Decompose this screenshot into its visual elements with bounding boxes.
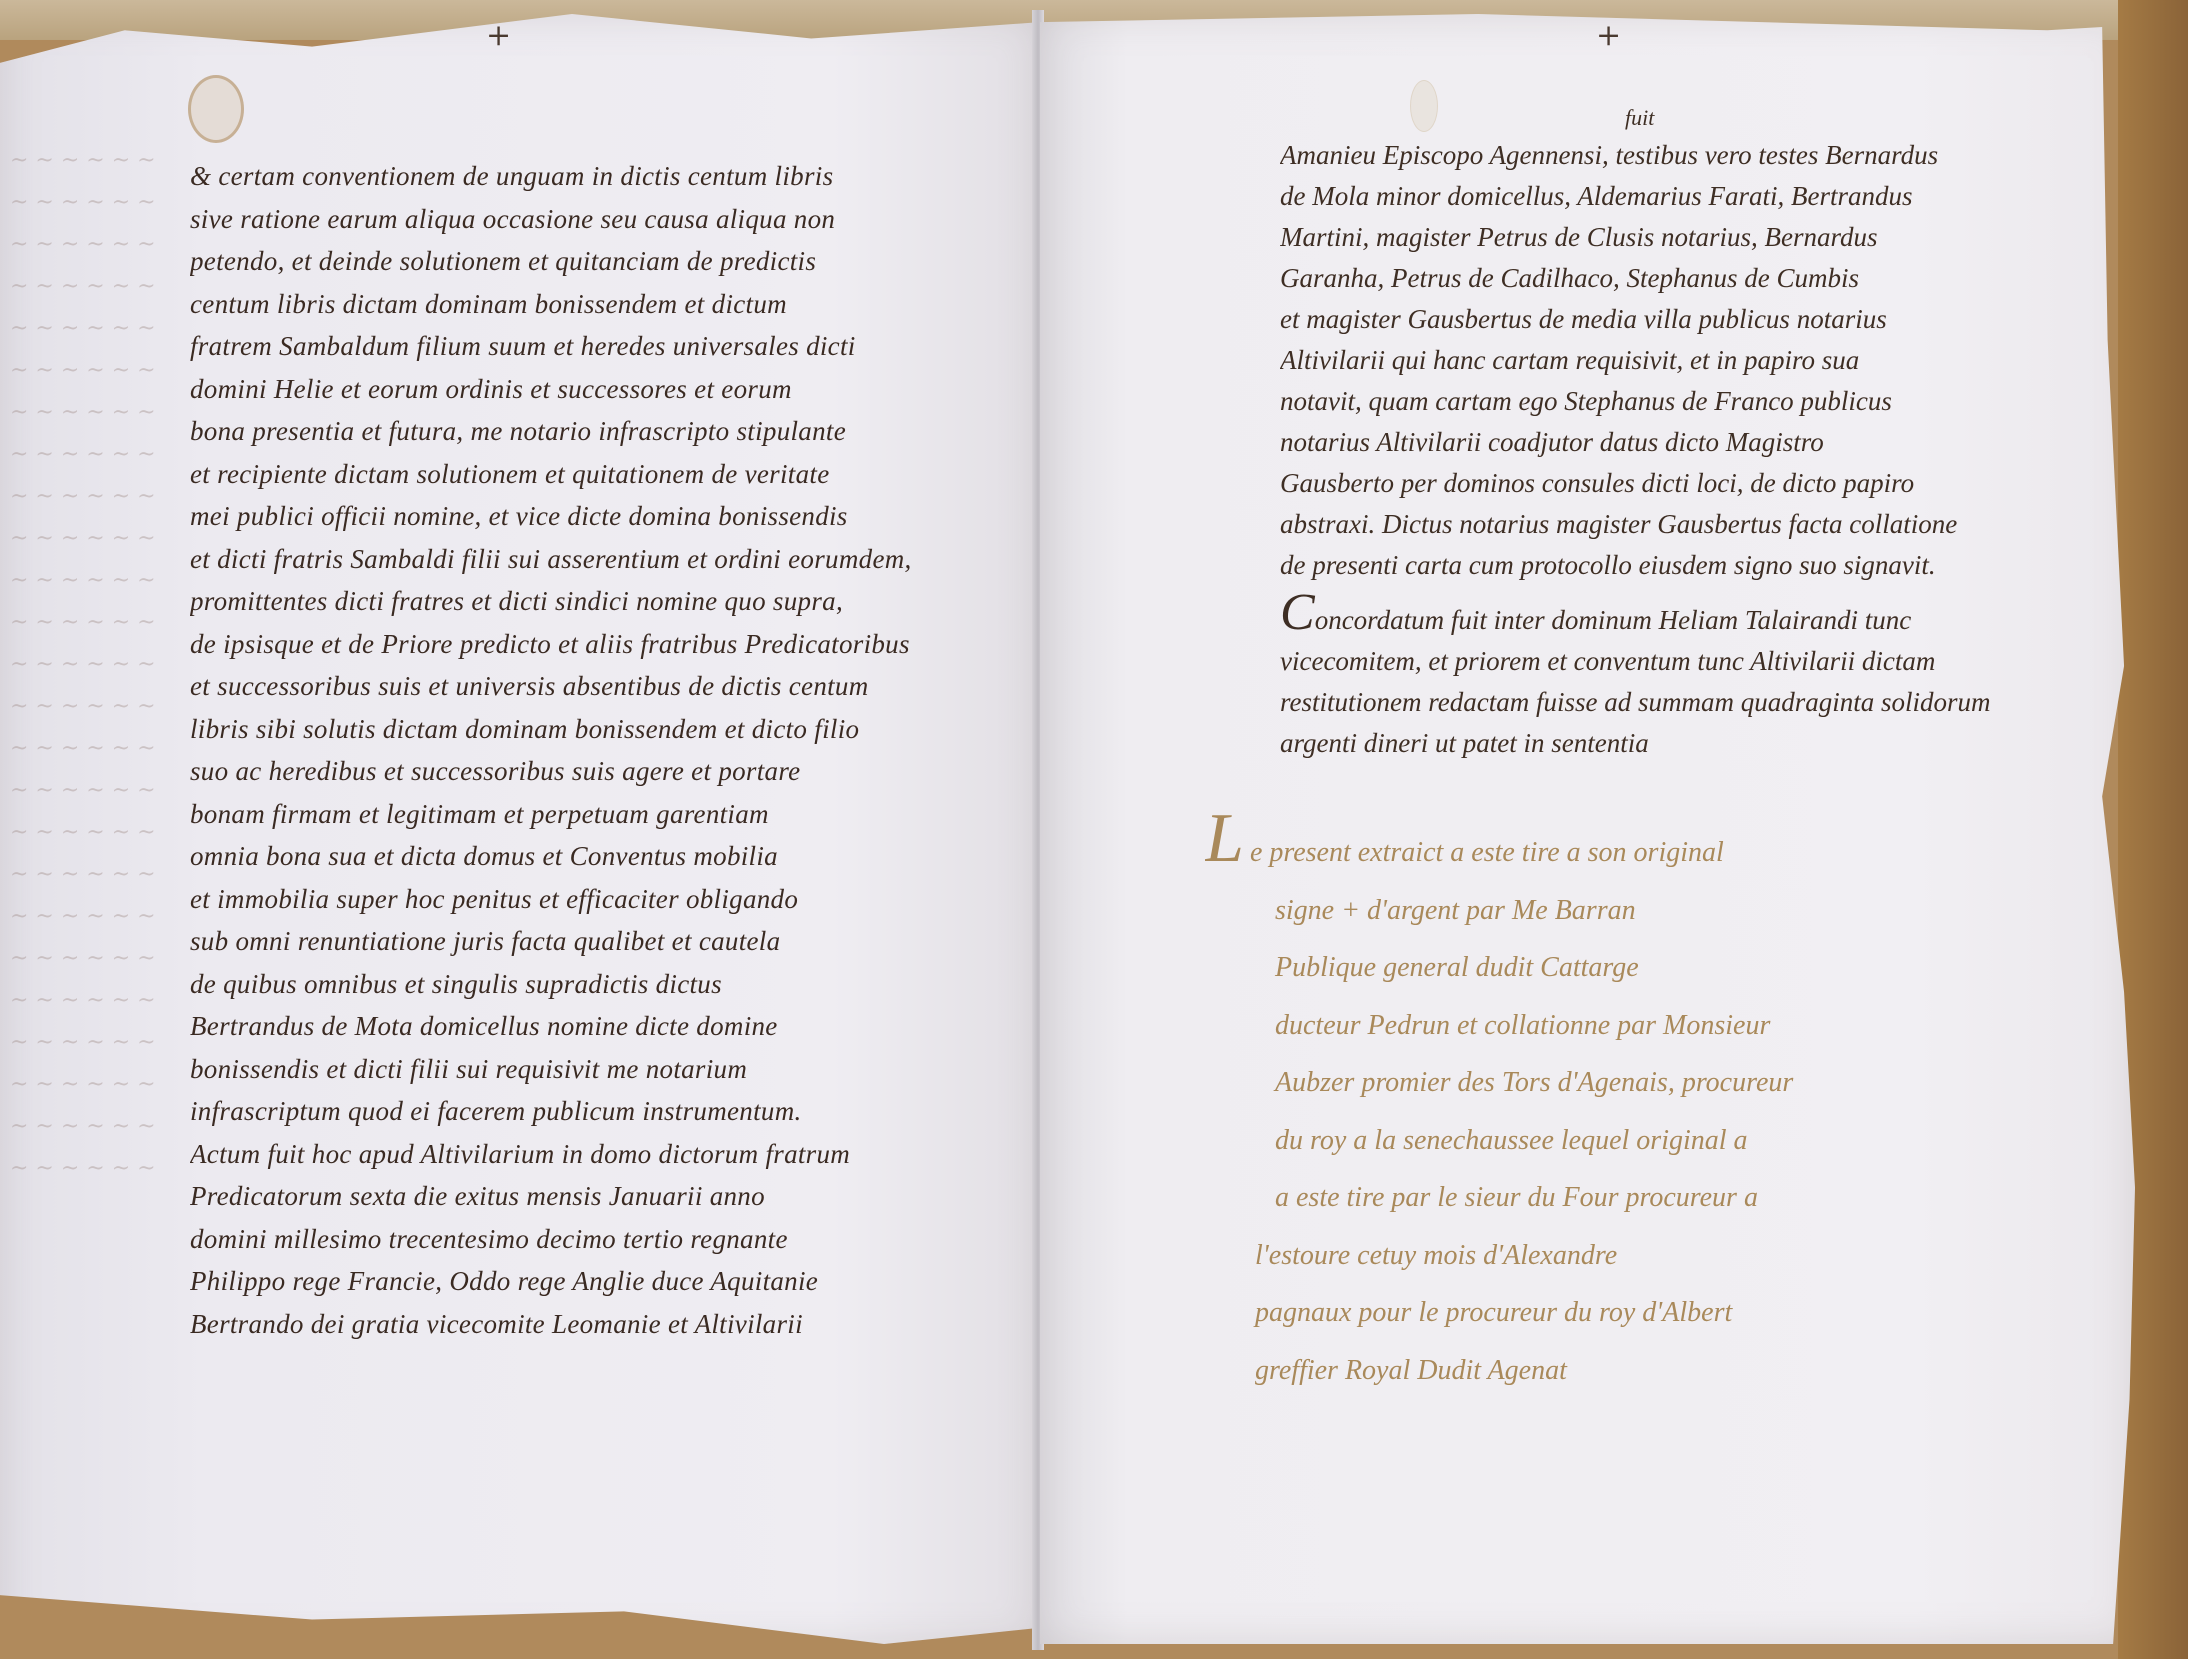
text-line: pagnaux pour le procureur du roy d'Alber… (1205, 1284, 2085, 1342)
text-line: omnia bona sua et dicta domus et Convent… (190, 835, 1020, 878)
text-line: Philippo rege Francie, Oddo rege Anglie … (190, 1260, 1020, 1303)
text-line: Gausberto per dominos consules dicti loc… (1280, 463, 2130, 504)
text-line: Garanha, Petrus de Cadilhaco, Stephanus … (1280, 258, 2130, 299)
text-line: Le present extraict a este tire a son or… (1205, 810, 2085, 882)
text-line: de ipsisque et de Priore predicto et ali… (190, 623, 1020, 666)
text-line: notarius Altivilarii coadjutor datus dic… (1280, 422, 2130, 463)
text-line: Publique general dudit Cattarge (1205, 939, 2085, 997)
text-line: argenti dineri ut patet in sententia (1280, 723, 2130, 764)
left-page-text: & certam conventionem de unguam in dicti… (190, 155, 1020, 1345)
text-line: suo ac heredibus et successoribus suis a… (190, 750, 1020, 793)
text-line: fratrem Sambaldum filium suum et heredes… (190, 325, 1020, 368)
text-line: a este tire par le sieur du Four procure… (1205, 1169, 2085, 1227)
text-line: domini millesimo trecentesimo decimo ter… (190, 1218, 1020, 1261)
text-line: & certam conventionem de unguam in dicti… (190, 155, 1020, 198)
text-line: bonissendis et dicti filii sui requisivi… (190, 1048, 1020, 1091)
text-line: et successoribus suis et universis absen… (190, 665, 1020, 708)
text-line: Bertrando dei gratia vicecomite Leomanie… (190, 1303, 1020, 1346)
cross-mark-right: + (1596, 18, 1621, 53)
text-line: bonam firmam et legitimam et perpetuam g… (190, 793, 1020, 836)
text-line: mei publici officii nomine, et vice dict… (190, 495, 1020, 538)
text-line: et dicti fratris Sambaldi filii sui asse… (190, 538, 1020, 581)
text-line: petendo, et deinde solutionem et quitanc… (190, 240, 1020, 283)
text-line: Bertrandus de Mota domicellus nomine dic… (190, 1005, 1020, 1048)
text-line: vicecomitem, et priorem et conventum tun… (1280, 641, 2130, 682)
text-line: de quibus omnibus et singulis supradicti… (190, 963, 1020, 1006)
ink-bleed-through: ~ ~ ~ ~ ~ ~ ~ ~ ~ ~ ~ ~ ~ ~ ~ ~ ~ ~ ~ ~ … (10, 140, 170, 1190)
text-line: promittentes dicti fratres et dicti sind… (190, 580, 1020, 623)
text-line: Amanieu Episcopo Agennensi, testibus ver… (1280, 135, 2130, 176)
text-line: de Mola minor domicellus, Aldemarius Far… (1280, 176, 2130, 217)
text-line: domini Helie et eorum ordinis et success… (190, 368, 1020, 411)
water-stain (1410, 80, 1438, 132)
text-line: abstraxi. Dictus notarius magister Gausb… (1280, 504, 2130, 545)
text-line: l'estoure cetuy mois d'Alexandre (1205, 1227, 2085, 1285)
text-line: Altivilarii qui hanc cartam requisivit, … (1280, 340, 2130, 381)
text-line: du roy a la senechaussee lequel original… (1205, 1112, 2085, 1170)
cross-mark-left: + (486, 18, 511, 53)
text-line: et immobilia super hoc penitus et effica… (190, 878, 1020, 921)
text-line: signe + d'argent par Me Barran (1205, 882, 2085, 940)
text-line: de presenti carta cum protocollo eiusdem… (1280, 545, 2130, 586)
text-line: Concordatum fuit inter dominum Heliam Ta… (1280, 592, 2130, 641)
text-line: restitutionem redactam fuisse ad summam … (1280, 682, 2130, 723)
text-line: greffier Royal Dudit Agenat (1205, 1342, 2085, 1400)
right-page-text: Amanieu Episcopo Agennensi, testibus ver… (1280, 135, 2130, 764)
text-line: sub omni renuntiatione juris facta quali… (190, 920, 1020, 963)
text-line: centum libris dictam dominam bonissendem… (190, 283, 1020, 326)
text-line: et recipiente dictam solutionem et quita… (190, 453, 1020, 496)
water-stain (188, 75, 244, 143)
text-line: bona presentia et futura, me notario inf… (190, 410, 1020, 453)
text-line: notavit, quam cartam ego Stephanus de Fr… (1280, 381, 2130, 422)
text-line: sive ratione earum aliqua occasione seu … (190, 198, 1020, 241)
text-line: Martini, magister Petrus de Clusis notar… (1280, 217, 2130, 258)
text-line: Predicatorum sexta die exitus mensis Jan… (190, 1175, 1020, 1218)
text-line: ducteur Pedrun et collationne par Monsie… (1205, 997, 2085, 1055)
text-line: Actum fuit hoc apud Altivilarium in domo… (190, 1133, 1020, 1176)
text-line: infrascriptum quod ei facerem publicum i… (190, 1090, 1020, 1133)
text-line: libris sibi solutis dictam dominam bonis… (190, 708, 1020, 751)
text-line: Aubzer promier des Tors d'Agenais, procu… (1205, 1054, 2085, 1112)
certification-annotation: Le present extraict a este tire a son or… (1205, 810, 2085, 1399)
text-line: et magister Gausbertus de media villa pu… (1280, 299, 2130, 340)
interlinear-insert: fuit (1625, 105, 1654, 131)
